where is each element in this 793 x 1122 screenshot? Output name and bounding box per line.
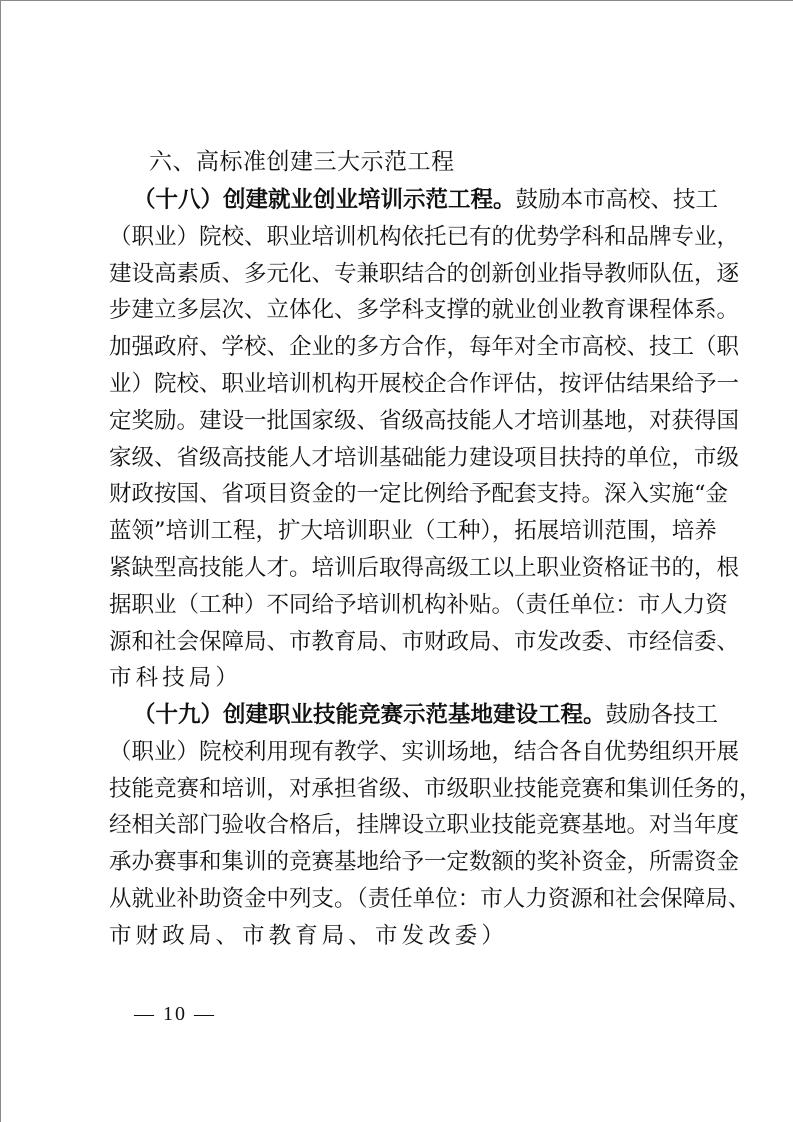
paragraph-line: 承办赛事和集训的竞赛基地给予一定数额的奖补资金，所需资金 xyxy=(109,844,695,881)
paragraph-line: （十九）创建职业技能竞赛示范基地建设工程。鼓励各技工 xyxy=(109,697,695,734)
paragraph-line: 建设高素质、多元化、专兼职结合的创新创业指导教师队伍，逐 xyxy=(109,256,695,293)
paragraph-line: 业）院校、职业培训机构开展校企合作评估，按评估结果给予一 xyxy=(109,366,695,403)
section-heading: 六、高标准创建三大示范工程 xyxy=(149,147,455,177)
paragraph-18: （十八）创建就业创业培训示范工程。鼓励本市高校、技工 （职业）院校、职业培训机构… xyxy=(109,182,695,697)
page-number: — 10 — xyxy=(134,1000,216,1028)
paragraph-line: 源和社会保障局、市教育局、市财政局、市发改委、市经信委、 xyxy=(109,624,695,661)
paragraph-line: 经相关部门验收合格后，挂牌设立职业技能竞赛基地。对当年度 xyxy=(109,807,695,844)
paragraph-line: （职业）院校利用现有教学、实训场地，结合各自优势组织开展 xyxy=(109,734,695,771)
paragraph-line: 加强政府、学校、企业的多方合作，每年对全市高校、技工（职 xyxy=(109,329,695,366)
paragraph-line: 蓝领”培训工程，扩大培训职业（工种），拓展培训范围，培养 xyxy=(109,513,695,550)
paragraph-line: 据职业（工种）不同给予培训机构补贴。（责任单位：市人力资 xyxy=(109,587,695,624)
paragraph-line: 技能竞赛和培训，对承担省级、市级职业技能竞赛和集训任务的， xyxy=(109,771,695,808)
paragraph-line: 市财政局、市教育局、市发改委） xyxy=(109,918,695,955)
paragraph-line: 从就业补助资金中列支。（责任单位：市人力资源和社会保障局、 xyxy=(109,881,695,918)
paragraph-line: （十八）创建就业创业培训示范工程。鼓励本市高校、技工 xyxy=(109,182,695,219)
paragraph-title: （十九）创建职业技能竞赛示范基地建设工程。 xyxy=(133,702,606,728)
paragraph-line: 步建立多层次、立体化、多学科支撑的就业创业教育课程体系。 xyxy=(109,292,695,329)
paragraph-line: （职业）院校、职业培训机构依托已有的优势学科和品牌专业， xyxy=(109,219,695,256)
paragraph-line: 财政按国、省项目资金的一定比例给予配套支持。深入实施“金 xyxy=(109,476,695,513)
paragraph-19: （十九）创建职业技能竞赛示范基地建设工程。鼓励各技工 （职业）院校利用现有教学、… xyxy=(109,697,695,955)
paragraph-line: 家级、省级高技能人才培训基础能力建设项目扶持的单位，市级 xyxy=(109,440,695,477)
paragraph-title: （十八）创建就业创业培训示范工程。 xyxy=(133,187,516,213)
paragraph-line: 紧缺型高技能人才。培训后取得高级工以上职业资格证书的，根 xyxy=(109,550,695,587)
document-page: 六、高标准创建三大示范工程 （十八）创建就业创业培训示范工程。鼓励本市高校、技工… xyxy=(1,1,793,1122)
paragraph-line: 市科技局） xyxy=(109,660,695,697)
paragraph-line: 定奖励。建设一批国家级、省级高技能人才培训基地，对获得国 xyxy=(109,403,695,440)
